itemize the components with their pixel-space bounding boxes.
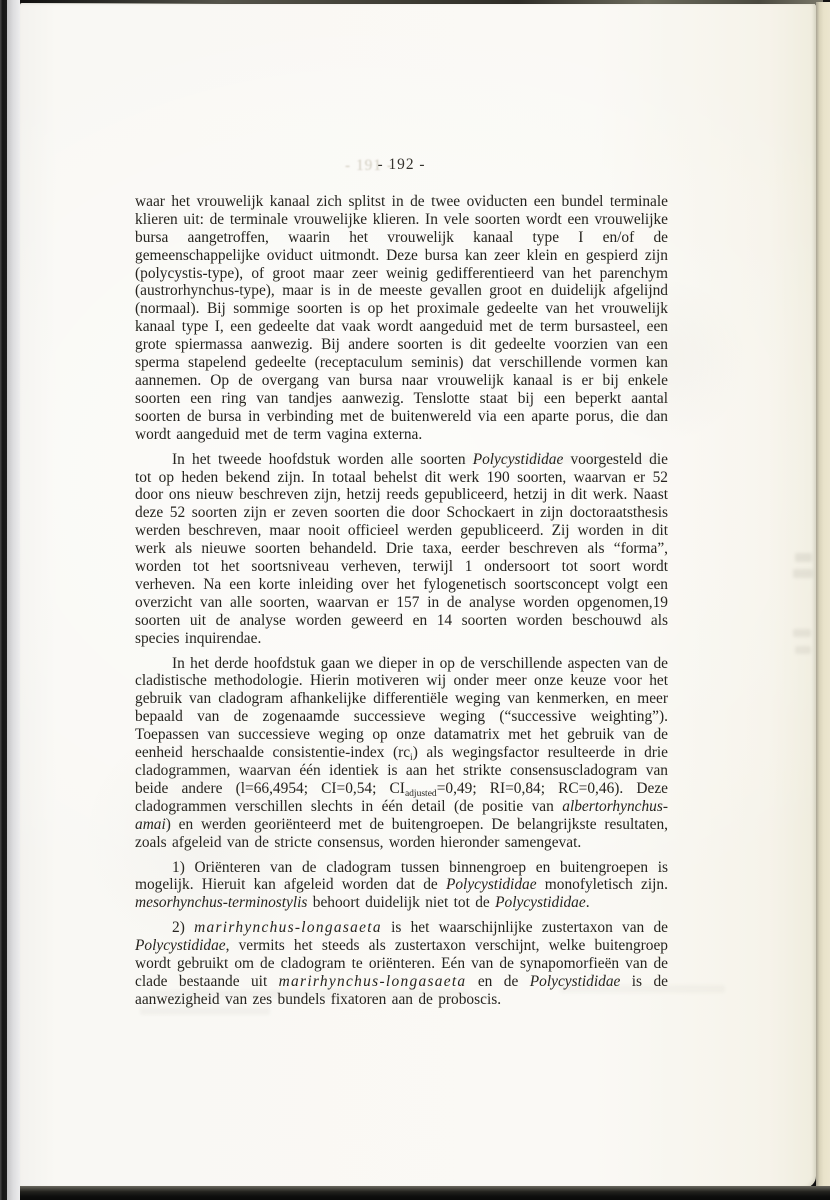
- page-number: - 191 - - 192 -: [135, 156, 668, 174]
- under-page-edge-left: [7, 0, 20, 1200]
- bleed-artifact: [795, 646, 811, 654]
- bleed-artifact: [795, 553, 812, 562]
- paragraph: 1) Oriënteren van de cladogram tussen bi…: [135, 859, 668, 913]
- book-spine-edge: [0, 0, 7, 1200]
- bleed-artifact: [793, 569, 813, 578]
- text-block: - 191 - - 192 - waar het vrouwelijk kana…: [135, 156, 668, 1009]
- ghost-page-number: - 191 -: [345, 157, 393, 175]
- paragraph: 2) marirhynchus-longasaeta is het waarsc…: [135, 919, 668, 1009]
- paragraph: waar het vrouwelijk kanaal zich splitst …: [135, 193, 668, 444]
- paragraph: In het tweede hoofdstuk worden alle soor…: [135, 451, 668, 648]
- top-scan-edge: [20, 0, 823, 4]
- scanned-page: - 191 - - 192 - waar het vrouwelijk kana…: [0, 0, 830, 1200]
- bleed-artifact: [793, 629, 811, 637]
- bottom-scan-edge: [20, 1186, 830, 1200]
- page-stack-edge-right: [816, 2, 830, 1188]
- paragraph: In het derde hoofdstuk gaan we dieper in…: [135, 655, 668, 852]
